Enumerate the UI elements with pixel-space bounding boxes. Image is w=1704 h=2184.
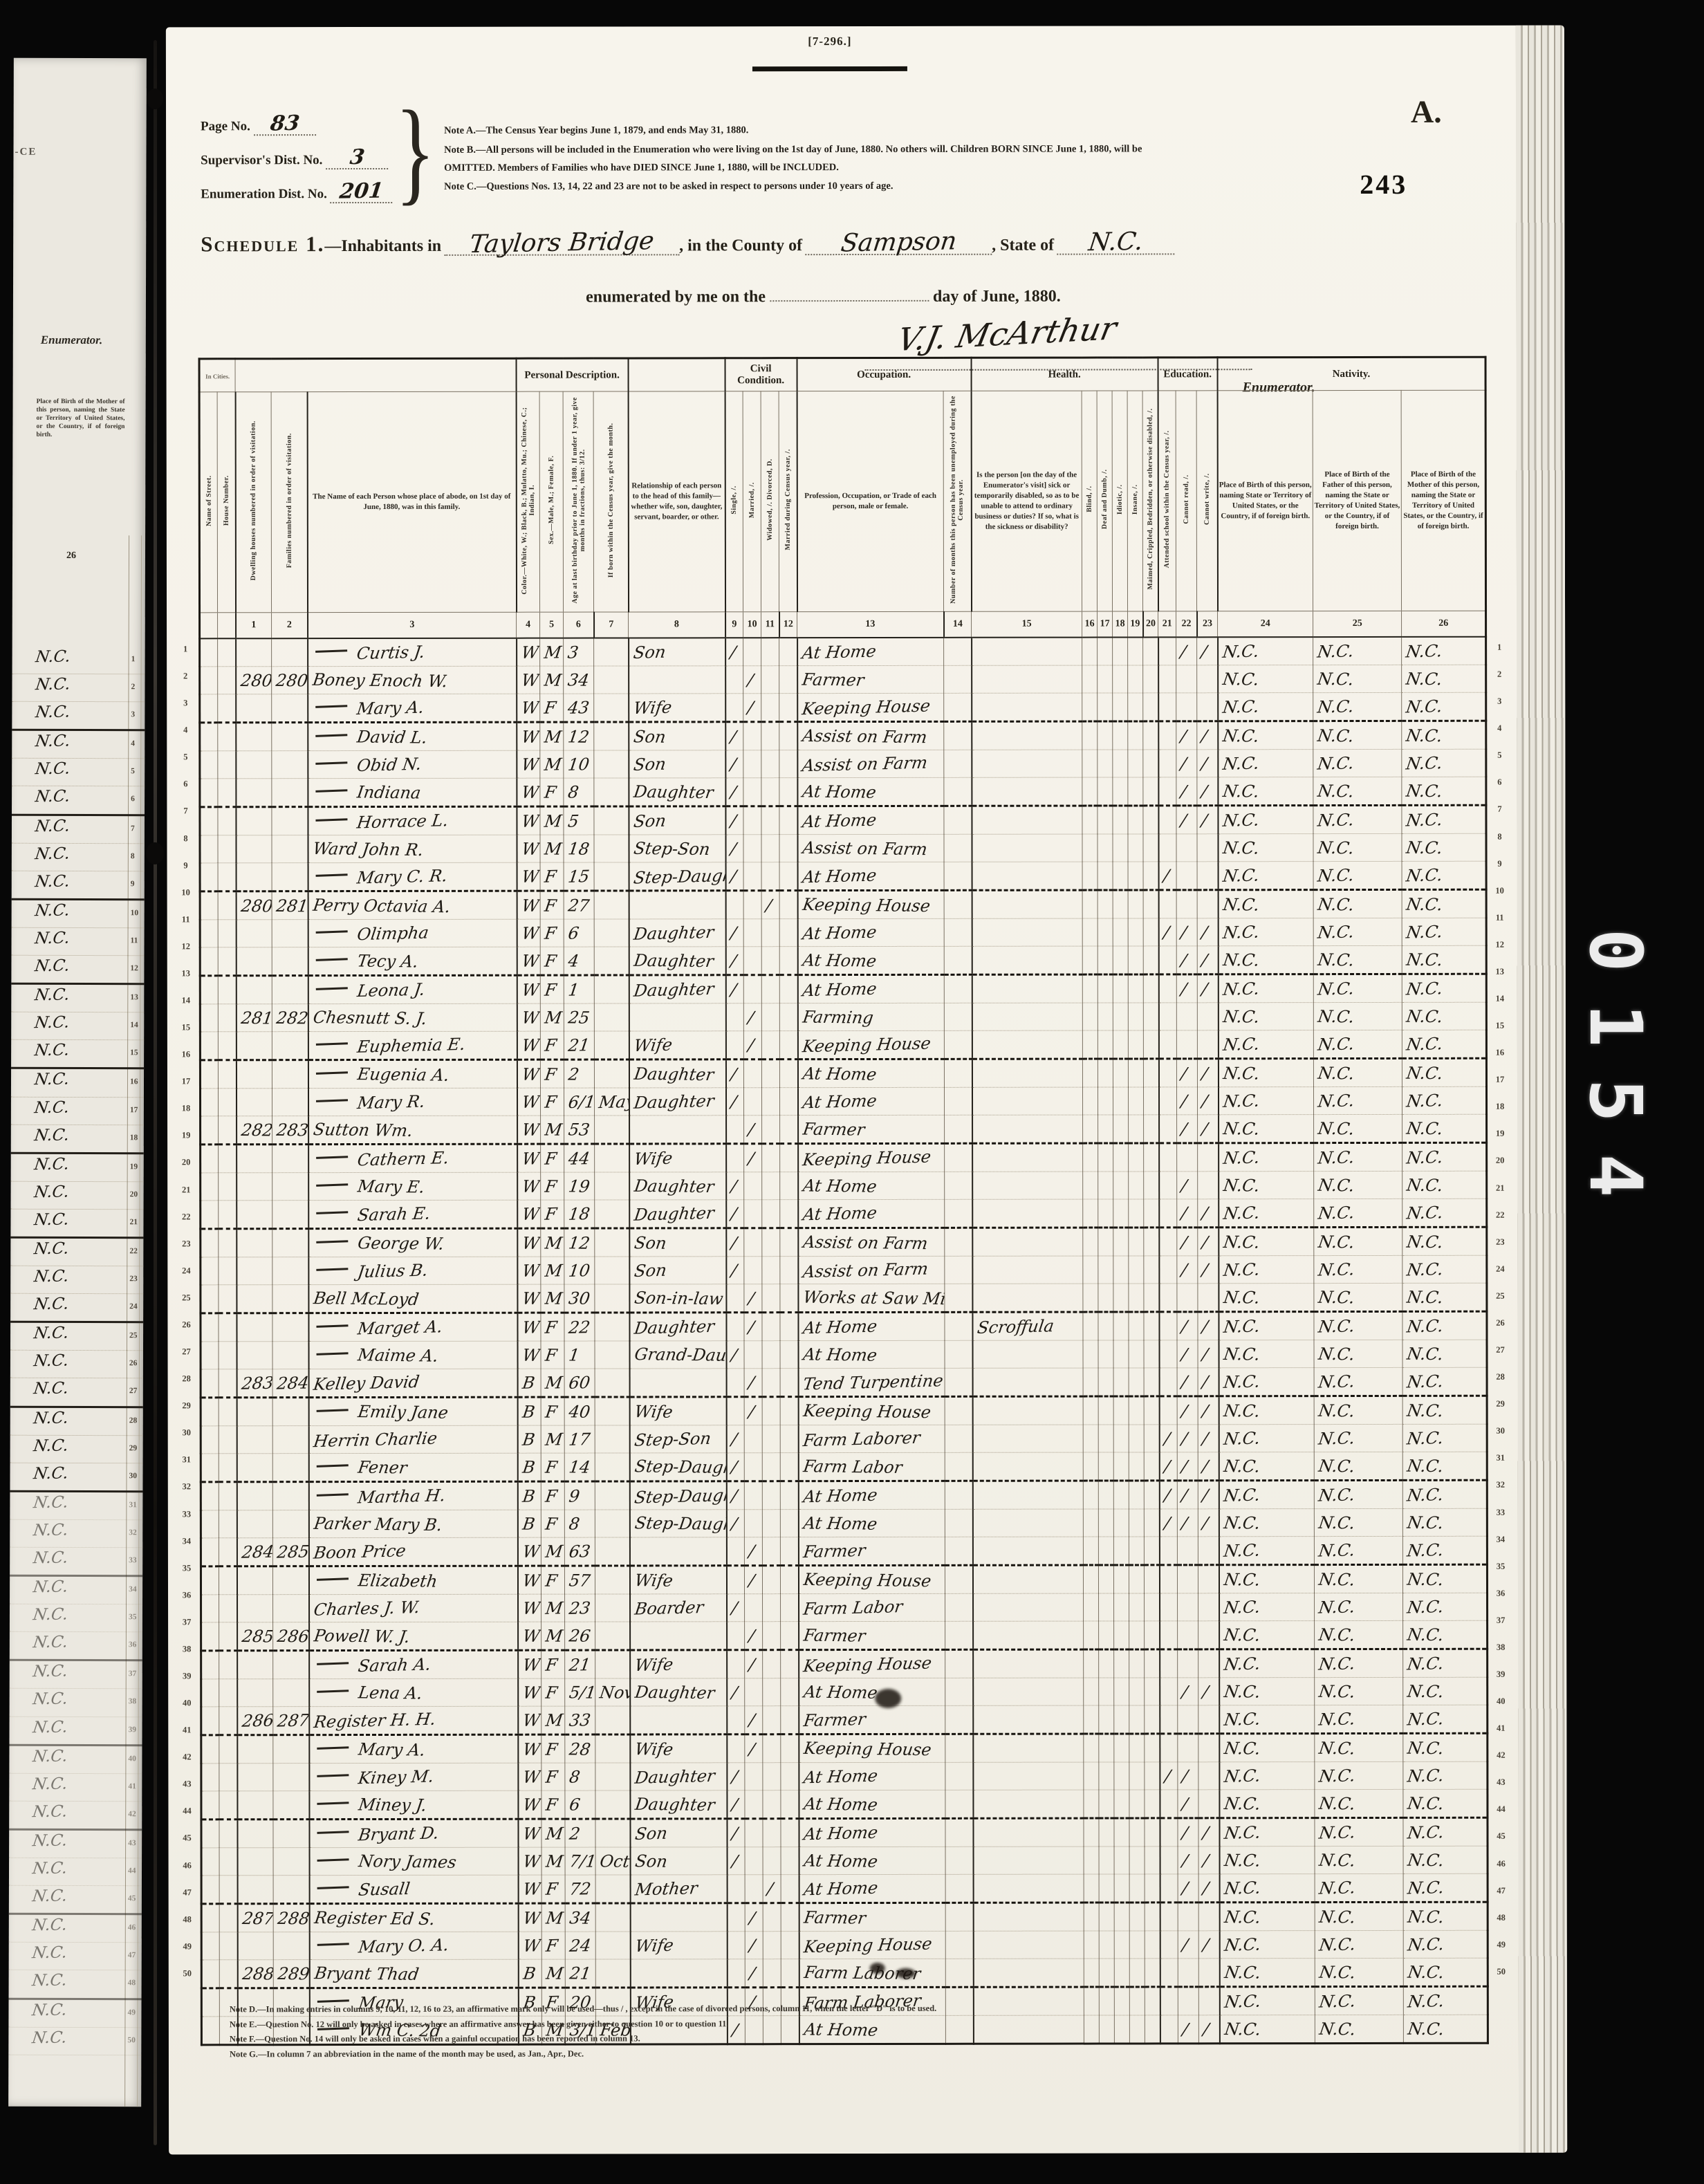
cannot-write-cell <box>1198 1790 1219 1818</box>
father-birthplace-cell: N.C. <box>1314 1114 1402 1142</box>
birth-month-cell <box>595 1200 629 1228</box>
sex-cell: M <box>540 750 564 778</box>
sex-cell: F <box>540 1059 564 1088</box>
previous-page-entry: N.C.41 <box>9 1773 142 1802</box>
occupation-cell: Keeping House <box>799 1565 945 1593</box>
ink-blot <box>870 1963 885 1974</box>
widowed-mark-cell <box>763 1932 781 1959</box>
street-cell <box>201 1229 219 1257</box>
enumerated-suffix: day of June, 1880. <box>933 288 1061 306</box>
occupation-cell: Farmer <box>799 1621 945 1649</box>
father-birthplace-cell: N.C. <box>1313 777 1402 805</box>
blind-cell <box>1082 1003 1098 1030</box>
column-number: 14 <box>944 611 972 638</box>
name-cell: Olimpha <box>308 919 517 947</box>
cannot-write-cell: / <box>1198 1228 1219 1256</box>
previous-page-birthplace-entries: N.C.1N.C.2N.C.3N.C.4N.C.5N.C.6N.C.7N.C.8… <box>8 647 145 2055</box>
idiotic-cell <box>1113 1340 1129 1368</box>
street-cell <box>201 1285 219 1313</box>
house-number-cell <box>219 1791 237 1820</box>
previous-page-entry: N.C.18 <box>11 1125 144 1154</box>
insane-cell <box>1129 1790 1145 1818</box>
married-in-year-cell <box>779 666 797 694</box>
table-row: Julius B.WM10Son/Assist on Farm//N.C.N.C… <box>201 1255 1487 1285</box>
insane-cell <box>1129 1847 1145 1874</box>
married-mark-cell: / <box>744 1313 762 1341</box>
table-row: Charles J. W.WM23Boarder/Farm LaborN.C.N… <box>201 1593 1488 1622</box>
deaf-dumb-cell <box>1098 1537 1113 1565</box>
sickness-cell <box>972 721 1082 750</box>
mother-birthplace-cell: N.C. <box>1402 1396 1487 1424</box>
idiotic-cell <box>1113 1003 1128 1030</box>
relationship-cell: Son <box>629 750 725 778</box>
single-mark-cell <box>725 891 743 919</box>
street-cell <box>201 1820 219 1848</box>
age-cell: 34 <box>564 666 594 694</box>
book-binding <box>144 40 167 2145</box>
married-in-year-cell <box>781 1622 799 1650</box>
table-row: Ward John R.WM18Step-Son/Assist on FarmN… <box>200 833 1486 863</box>
table-row: Parker Mary B.BF8Step-Daughter/At Home//… <box>201 1508 1487 1538</box>
line-number: 20 <box>176 1149 196 1176</box>
cannot-write-cell: / <box>1198 1115 1219 1143</box>
cannot-read-cell <box>1178 1537 1198 1565</box>
widowed-mark-cell <box>761 666 779 694</box>
street-cell <box>200 920 218 947</box>
single-mark-cell: / <box>725 975 743 1003</box>
street-cell <box>200 863 218 891</box>
cannot-read-cell: / <box>1176 946 1197 974</box>
married-mark-cell: / <box>743 1031 761 1059</box>
line-number: 39 <box>1490 1661 1511 1688</box>
name-cell: Chesnutt S. J. <box>308 1003 517 1031</box>
name-cell: Marget A. <box>308 1313 517 1341</box>
birthplace-cell: N.C. <box>1218 665 1313 693</box>
deaf-dumb-cell <box>1098 1312 1113 1340</box>
attended-school-cell <box>1158 946 1176 974</box>
cannot-read-cell: / <box>1177 1256 1198 1284</box>
single-mark-cell: / <box>726 1510 744 1537</box>
married-mark-cell <box>744 1453 762 1481</box>
line-number: 31 <box>176 1447 197 1474</box>
attended-school-cell <box>1160 1537 1178 1565</box>
cannot-read-cell <box>1176 665 1197 693</box>
maimed-cell <box>1145 1847 1160 1874</box>
father-birthplace-cell: N.C. <box>1314 1311 1402 1340</box>
idiotic-cell <box>1113 1228 1129 1256</box>
cannot-write-cell: / <box>1198 1312 1219 1340</box>
deaf-dumb-cell <box>1098 1425 1113 1452</box>
color-cell: W <box>518 1819 541 1847</box>
birthplace-cell: N.C. <box>1219 1790 1315 1818</box>
attended-school-cell <box>1160 1903 1178 1931</box>
occupation-cell: At Home <box>798 1059 945 1087</box>
name-cell: Sarah A. <box>309 1650 518 1678</box>
deaf-dumb-cell <box>1099 1649 1114 1678</box>
insane-cell <box>1128 946 1143 974</box>
relationship-cell: Daughter <box>630 1678 727 1706</box>
previous-page-entry: N.C.47 <box>9 1943 142 1971</box>
age-cell: 6 <box>564 919 594 947</box>
blind-cell <box>1083 1312 1098 1340</box>
column-number-row: 1234567891011121314151617181920212223242… <box>200 611 1486 638</box>
dwelling-number-cell: 286 <box>237 1707 273 1735</box>
relationship-cell: Wife <box>629 1031 725 1059</box>
name-cell: Mary E. <box>308 1172 517 1200</box>
father-birthplace-cell: N.C. <box>1313 861 1402 889</box>
col24-header: Place of Birth of this person, naming St… <box>1217 391 1313 611</box>
maimed-cell <box>1143 665 1158 693</box>
widowed-mark-cell <box>762 1425 780 1453</box>
single-mark-cell <box>727 1622 745 1650</box>
previous-page-entry: N.C.5 <box>12 759 145 787</box>
birthplace-cell: N.C. <box>1219 1481 1314 1509</box>
married-in-year-cell <box>779 806 797 835</box>
dwelling-number-cell <box>237 1342 272 1369</box>
street-cell <box>200 835 218 863</box>
column-number: 13 <box>797 611 944 638</box>
color-cell: W <box>517 835 540 862</box>
house-number-cell <box>218 638 236 667</box>
attended-school-cell: / <box>1159 1481 1177 1509</box>
col21-header: Attended school within the Census year, … <box>1158 391 1176 611</box>
page-number-label: Page No. <box>201 119 250 133</box>
line-number: 36 <box>1490 1580 1511 1607</box>
sickness-cell <box>972 1396 1083 1425</box>
months-unemployed-cell <box>944 1003 972 1030</box>
column-number: 10 <box>743 612 761 638</box>
relationship-cell: Step-Daughter <box>629 862 725 891</box>
occupation-cell: Keeping House <box>797 693 944 721</box>
insane-cell <box>1129 1143 1144 1172</box>
occupation-cell: Farming <box>797 1003 944 1030</box>
family-number-cell <box>272 638 308 667</box>
name-cell: Emily Jane <box>308 1397 517 1425</box>
relationship-cell: Daughter <box>629 1088 726 1116</box>
occupation-cell: Farmer <box>799 1903 945 1931</box>
column-number: 16 <box>1082 611 1098 638</box>
previous-page-entry: N.C.40 <box>9 1746 142 1774</box>
family-number-cell: 282 <box>272 1004 308 1032</box>
color-cell: W <box>517 1341 541 1369</box>
married-mark-cell <box>743 891 761 919</box>
widowed-mark-cell <box>761 835 779 862</box>
married-mark-cell <box>744 1200 762 1228</box>
birthplace-cell: N.C. <box>1218 946 1313 974</box>
widowed-mark-cell <box>762 1341 780 1369</box>
married-mark-cell <box>745 1678 763 1706</box>
street-cell <box>200 891 218 920</box>
attended-school-cell <box>1159 1115 1177 1143</box>
house-number-cell <box>219 1622 237 1651</box>
relationship-cell: Wife <box>630 1734 727 1763</box>
married-in-year-cell <box>779 638 797 666</box>
months-unemployed-cell <box>944 721 972 750</box>
attended-school-cell <box>1159 1396 1177 1425</box>
maimed-cell <box>1144 1340 1159 1368</box>
table-row: Mary R.WF6/12MayDaughter/At Home//N.C.N.… <box>200 1086 1486 1116</box>
mother-birthplace-cell: N.C. <box>1402 721 1486 749</box>
line-number: 45 <box>176 1825 197 1852</box>
age-cell: 22 <box>564 1313 595 1341</box>
birthplace-cell: N.C. <box>1219 1565 1315 1593</box>
birthplace-cell: N.C. <box>1219 1818 1315 1847</box>
relationship-cell: Son <box>629 1257 726 1284</box>
line-number: 34 <box>1490 1526 1511 1553</box>
relationship-cell <box>629 666 725 694</box>
age-cell: 25 <box>564 1003 594 1031</box>
relationship-cell <box>629 1369 726 1397</box>
birth-month-cell <box>595 1566 629 1594</box>
house-number-cell <box>218 1060 236 1089</box>
blind-cell <box>1083 1368 1098 1396</box>
family-number-cell: 289 <box>273 1960 309 1988</box>
mother-birthplace-cell: N.C. <box>1403 1564 1488 1593</box>
sex-cell: M <box>541 1706 565 1734</box>
married-in-year-cell <box>781 1790 799 1819</box>
line-number: 50 <box>1491 1959 1512 1986</box>
birthplace-cell: N.C. <box>1219 1931 1315 1959</box>
color-cell: W <box>518 1622 541 1650</box>
birth-month-cell <box>595 1284 629 1313</box>
column-number: 2 <box>272 613 308 639</box>
line-number: 46 <box>177 1852 198 1879</box>
family-number-cell: 281 <box>272 891 308 920</box>
single-mark-cell <box>727 1903 745 1932</box>
sex-cell: F <box>540 1031 564 1059</box>
months-unemployed-cell <box>945 1256 972 1284</box>
line-number: 4 <box>175 717 196 744</box>
insane-cell <box>1129 1199 1144 1228</box>
column-number: 18 <box>1113 611 1128 638</box>
idiotic-cell <box>1113 1087 1129 1115</box>
father-birthplace-cell: N.C. <box>1313 692 1402 721</box>
sickness-cell <box>972 1030 1082 1059</box>
idiotic-cell <box>1113 1256 1129 1284</box>
mother-birthplace-cell: N.C. <box>1402 749 1486 777</box>
color-cell: W <box>517 1116 541 1144</box>
single-mark-cell: / <box>725 835 743 862</box>
dwelling-number-cell: 280 <box>236 891 272 920</box>
name-cell: Eugenia A. <box>308 1059 517 1088</box>
married-in-year-cell <box>779 862 797 891</box>
married-in-year-cell <box>779 750 797 778</box>
deaf-dumb-cell <box>1098 1030 1113 1059</box>
father-birthplace-cell: N.C. <box>1315 1817 1403 1846</box>
house-number-cell <box>218 723 236 751</box>
previous-page-entry: N.C.31 <box>10 1492 142 1521</box>
group-personal-description: Personal Description. <box>516 358 628 391</box>
ink-blot <box>896 1968 916 1979</box>
months-unemployed-cell <box>945 1649 973 1678</box>
house-number-cell <box>218 920 236 947</box>
sex-cell: F <box>541 1875 565 1903</box>
table-row: Martha H.BF9Step-Daughter/At Home///N.C.… <box>201 1480 1487 1510</box>
birthplace-cell: N.C. <box>1219 1959 1315 1987</box>
previous-page-entry: N.C.27 <box>10 1378 143 1408</box>
age-cell: 30 <box>564 1284 595 1313</box>
column-number: 20 <box>1143 611 1158 638</box>
cannot-read-cell <box>1178 1649 1198 1678</box>
idiotic-cell <box>1113 1030 1128 1059</box>
mother-birthplace-cell: N.C. <box>1403 1902 1488 1930</box>
group-blank <box>235 358 516 392</box>
insane-cell <box>1129 1452 1144 1481</box>
birthplace-cell: N.C. <box>1219 1874 1315 1903</box>
group-in-cities: In Cities. <box>199 359 235 392</box>
blind-cell <box>1084 1847 1099 1874</box>
table-row: Obid N.WM10Son/Assist on Farm//N.C.N.C.N… <box>200 749 1486 779</box>
attended-school-cell: / <box>1159 1452 1177 1481</box>
idiotic-cell <box>1113 750 1128 777</box>
previous-page-entry: N.C.21 <box>10 1210 143 1239</box>
house-number-cell <box>218 751 236 779</box>
house-number-cell <box>218 807 236 835</box>
table-row: Mary C. R.WF15Step-Daughter/At Home/N.C.… <box>200 861 1486 891</box>
attended-school-cell <box>1159 1143 1177 1172</box>
cannot-read-cell <box>1178 1959 1198 1987</box>
color-cell: W <box>518 1734 541 1763</box>
insane-cell <box>1129 1874 1145 1903</box>
house-number-cell <box>218 667 236 694</box>
dwelling-number-cell <box>237 1313 272 1342</box>
father-birthplace-cell: N.C. <box>1314 1424 1402 1452</box>
married-mark-cell <box>744 1341 762 1369</box>
months-unemployed-cell <box>945 1284 972 1312</box>
page-stamp-number: 243 <box>1360 168 1407 201</box>
house-number-cell <box>218 779 236 807</box>
family-number-cell <box>272 1285 308 1313</box>
cannot-write-cell <box>1198 1734 1219 1762</box>
line-number: 37 <box>1490 1607 1511 1634</box>
occupation-cell: Keeping House <box>797 890 944 918</box>
married-mark-cell: / <box>745 1566 763 1594</box>
idiotic-cell <box>1113 806 1128 834</box>
father-birthplace-cell: N.C. <box>1315 1846 1403 1873</box>
cannot-read-cell: / <box>1178 1678 1198 1705</box>
maimed-cell <box>1143 693 1158 721</box>
occupation-cell: At Home <box>799 1874 945 1903</box>
months-unemployed-cell <box>945 1931 973 1959</box>
dwelling-number-cell <box>237 1876 273 1904</box>
family-number-cell <box>272 1454 308 1482</box>
father-birthplace-cell: N.C. <box>1314 1142 1402 1171</box>
sex-cell: F <box>540 694 564 722</box>
family-number-cell <box>272 1313 308 1342</box>
birthplace-cell: N.C. <box>1219 1762 1315 1790</box>
married-in-year-cell <box>781 1650 799 1678</box>
color-cell: W <box>517 750 540 778</box>
father-birthplace-cell: N.C. <box>1313 945 1402 974</box>
cannot-write-cell <box>1197 665 1218 693</box>
name-cell: Register Ed S. <box>309 1903 518 1932</box>
cannot-read-cell: / <box>1177 1087 1198 1115</box>
dwelling-number-cell <box>237 1510 272 1538</box>
single-mark-cell: / <box>726 1059 744 1088</box>
line-number: 30 <box>176 1420 197 1447</box>
birth-month-cell <box>594 778 629 806</box>
attended-school-cell: / <box>1160 1509 1178 1537</box>
dwelling-number-cell: 281 <box>236 1004 272 1032</box>
single-mark-cell: / <box>726 1200 744 1228</box>
insane-cell <box>1129 1509 1144 1537</box>
months-unemployed-cell <box>945 1143 972 1172</box>
relationship-cell: Mother <box>630 1875 727 1903</box>
months-unemployed-cell <box>945 1425 972 1452</box>
line-number: 15 <box>1490 1012 1510 1039</box>
relationship-cell: Wife <box>629 1397 726 1425</box>
attended-school-cell <box>1160 1790 1178 1818</box>
col14-header: Number of months this person has been un… <box>943 391 971 611</box>
father-birthplace-cell: N.C. <box>1313 974 1402 1002</box>
color-cell: W <box>517 891 540 919</box>
occupation-cell: At Home <box>799 1818 945 1847</box>
cannot-write-cell: / <box>1198 1425 1219 1452</box>
sex-cell: M <box>541 1228 564 1257</box>
blind-cell <box>1083 1481 1098 1509</box>
enumeration-district-label: Enumeration Dist. No. <box>201 187 327 201</box>
idiotic-cell <box>1113 1172 1129 1199</box>
cannot-read-cell: / <box>1177 1115 1198 1143</box>
color-cell: B <box>517 1397 541 1425</box>
widowed-mark-cell <box>763 1903 781 1932</box>
table-row: SusallWF72Mother/At Home//N.C.N.C.N.C. <box>201 1873 1488 1904</box>
married-mark-cell <box>745 1819 763 1847</box>
color-cell: W <box>518 1903 541 1932</box>
months-unemployed-cell <box>944 862 972 890</box>
line-number: 15 <box>176 1014 196 1041</box>
birthplace-cell: N.C. <box>1219 1396 1314 1425</box>
deaf-dumb-cell <box>1099 1790 1114 1818</box>
occupation-cell: At Home <box>798 1172 945 1199</box>
sex-cell: M <box>540 1003 564 1031</box>
street-cell <box>200 1060 218 1089</box>
widowed-mark-cell <box>761 778 779 806</box>
name-cell: Miney J. <box>309 1790 518 1819</box>
family-number-cell <box>272 723 308 751</box>
street-cell <box>201 1764 219 1791</box>
previous-page-entry: N.C.7 <box>12 815 145 844</box>
blind-cell <box>1084 1818 1099 1847</box>
sex-cell: M <box>541 1622 565 1650</box>
relationship-cell: Daughter <box>629 919 725 947</box>
relationship-cell <box>630 1959 727 1988</box>
dwelling-number-cell <box>236 920 272 947</box>
mother-birthplace-cell: N.C. <box>1402 861 1486 889</box>
table-row: Marget A.WF22Daughter/At HomeScroffula//… <box>201 1311 1487 1342</box>
line-number: 35 <box>1490 1553 1511 1580</box>
previous-page-entry: N.C.25 <box>10 1323 143 1351</box>
idiotic-cell <box>1113 1059 1129 1087</box>
house-number-cell <box>219 1285 237 1313</box>
house-number-cell <box>219 1229 237 1257</box>
single-mark-cell <box>725 694 743 722</box>
maimed-cell <box>1145 1705 1160 1734</box>
binding-knot <box>146 842 164 864</box>
house-number-cell <box>219 1145 237 1173</box>
name-cell: Ward John R. <box>308 835 517 862</box>
maimed-cell <box>1143 1030 1158 1059</box>
widowed-mark-cell <box>762 1088 780 1116</box>
ink-blot <box>875 1689 901 1708</box>
birthplace-cell: N.C. <box>1219 1537 1315 1565</box>
color-cell: W <box>517 806 540 835</box>
line-number: 50 <box>177 1960 198 1987</box>
col4-header: Color.—White, W.; Black, B.; Mulatto, Mu… <box>516 391 539 612</box>
attended-school-cell <box>1159 1059 1177 1087</box>
table-row: Bell McLoydWM30Son-in-law/Works at Saw M… <box>201 1283 1487 1313</box>
married-in-year-cell <box>780 1341 798 1369</box>
